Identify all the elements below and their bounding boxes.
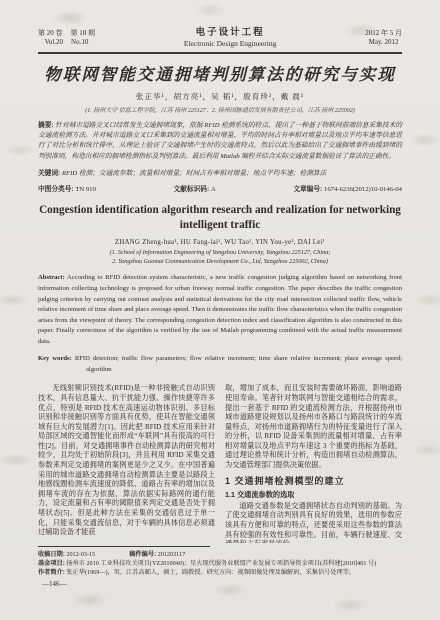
article-id: 文章编号: 1674-6236(2012)10-0146-04 (293, 185, 402, 194)
document-code: 文献标识码: A (174, 185, 216, 194)
header-rule (38, 52, 402, 54)
received-date: 2012-03-15 (65, 551, 95, 558)
body-left-column: 无线射频识别技术(RFID)是一种非接触式自动识别技术，具有信息量大、抗干扰能力… (38, 384, 215, 543)
abstract-en: Abstract: According to RFID detection sy… (38, 273, 402, 347)
bio-text: 张正华(1969—)，男，江苏高邮人，硕士，副教授。研究方向：视频图像处理及编解… (65, 569, 355, 576)
issue-cn: 第 10 期 (71, 29, 96, 38)
issue-en: No.10 (71, 38, 88, 47)
section-1-heading: 1 交通拥堵检测模型的建立 (225, 477, 402, 487)
header-date: 2012 年 5 月 May. 2012 (365, 29, 402, 47)
footnote-rule (38, 546, 210, 547)
journal-header: 第 20 卷 第 10 期 Vol.20 No.10 电子设计工程 Electr… (38, 28, 402, 48)
clc-number: 中图分类号: TN 919 (38, 185, 96, 194)
footnote-block: 收稿日期: 2012-03-15稿件编号: 201203117 基金项目: 扬州… (38, 546, 402, 577)
date-cn: 2012 年 5 月 (365, 29, 402, 38)
title-en-line1: Congestion identification algorithm rese… (38, 203, 402, 218)
affiliation-en-line1: (1. School of Information Engineering of… (38, 249, 402, 258)
authors-en: ZHANG Zheng-hua¹, HU Fang-lai¹, WU Tao¹,… (38, 239, 402, 246)
affiliation-en-line2: 2. Yangzhou Guomai Communication Develop… (38, 258, 402, 267)
header-volume-issue: 第 20 卷 第 10 期 Vol.20 No.10 (38, 29, 95, 47)
abstract-label-cn: 摘要: (38, 122, 54, 129)
abstract-text-en: According to RFID detection system chara… (38, 274, 402, 345)
manuscript-number: 201203117 (156, 551, 185, 558)
article-title-cn: 物联网智能交通拥堵判别算法的研究与实现 (38, 65, 402, 85)
section-1-1-heading: 1.1 交通流参数的选取 (225, 490, 402, 500)
header-journal-name: 电子设计工程 Electronic Design Engineering (184, 28, 276, 48)
volume-cn: 第 20 卷 (38, 29, 63, 38)
footnote-bio: 作者简介: 张正华(1969—)，男，江苏高邮人，硕士，副教授。研究方向：视频图… (38, 568, 402, 577)
keywords-text-cn: RFID 检测；交通流参数；流量相对增量；时间占有率相对增量；地点平均车速；检测… (60, 170, 326, 177)
journal-name-en: Electronic Design Engineering (184, 39, 276, 48)
page-content: 第 20 卷 第 10 期 Vol.20 No.10 电子设计工程 Electr… (38, 28, 402, 588)
journal-name-cn: 电子设计工程 (184, 28, 276, 39)
authors-cn: 张正华¹，胡方亮¹，吴 韬¹，殷育珍²，戴 晨¹ (38, 91, 402, 102)
page-number: —146— (38, 580, 402, 588)
date-en: May. 2012 (365, 38, 402, 47)
footnote-fund: 基金项目: 扬州市 2010 工业科技攻关项目(YZ2010040)；星火现代服… (38, 559, 402, 568)
keywords-text-en: RFID detection; traffic flow parameters;… (72, 355, 402, 373)
body-paragraph: 道路交通参数是交通拥堵状态自动判别的基础。为了使交通拥堵自动判别具有良好的效果，… (225, 502, 402, 543)
volume-en: Vol.20 (45, 38, 63, 47)
abstract-label-en: Abstract: (38, 274, 65, 281)
keywords-label-en: Key words: (38, 355, 72, 362)
abstract-cn: 摘要: 针对城市道路交叉口经常发生交通拥堵现象，依据 RFID 检测系统的特点，… (38, 121, 402, 162)
body-paragraph: 无线射频识别技术(RFID)是一种非接触式自动识别技术，具有信息量大、抗干扰能力… (38, 384, 215, 538)
scanned-journal-page: 第 20 卷 第 10 期 Vol.20 No.10 电子设计工程 Electr… (0, 0, 440, 620)
affiliation-en: (1. School of Information Engineering of… (38, 249, 402, 266)
keywords-en: Key words: RFID detection; traffic flow … (38, 354, 402, 375)
body-paragraph: 取，增加了成本，而且安装时需要破坏路面，影响道路使用寿命。笔者针对物联网与智能交… (225, 384, 402, 470)
fund-text: 扬州市 2010 工业科技攻关项目(YZ2010040)；星火现代服务业联盟产业… (65, 560, 376, 567)
affiliation-cn: (1. 扬州大学 信息工程学院，江苏 扬州 225127；2. 扬州国脉通信发展… (38, 105, 402, 114)
abstract-text-cn: 针对城市道路交叉口经常发生交通拥堵现象，依据 RFID 检测系统的特点，提出了一… (38, 122, 402, 160)
article-title-en: Congestion identification algorithm rese… (38, 203, 402, 232)
footnote-dates: 收稿日期: 2012-03-15稿件编号: 201203117 (38, 550, 402, 559)
body-right-column: 取，增加了成本，而且安装时需要破坏路面，影响道路使用寿命。笔者针对物联网与智能交… (225, 384, 402, 543)
title-en-line2: intelligent traffic (38, 218, 402, 233)
keywords-label-cn: 关键词: (38, 170, 60, 177)
classification-row: 中图分类号: TN 919 文献标识码: A 文章编号: 1674-6236(2… (38, 185, 402, 194)
body-columns: 无线射频识别技术(RFID)是一种非接触式自动识别技术，具有信息量大、抗干扰能力… (38, 384, 402, 543)
keywords-cn: 关键词: RFID 检测；交通流参数；流量相对增量；时间占有率相对增量；地点平均… (38, 169, 402, 179)
